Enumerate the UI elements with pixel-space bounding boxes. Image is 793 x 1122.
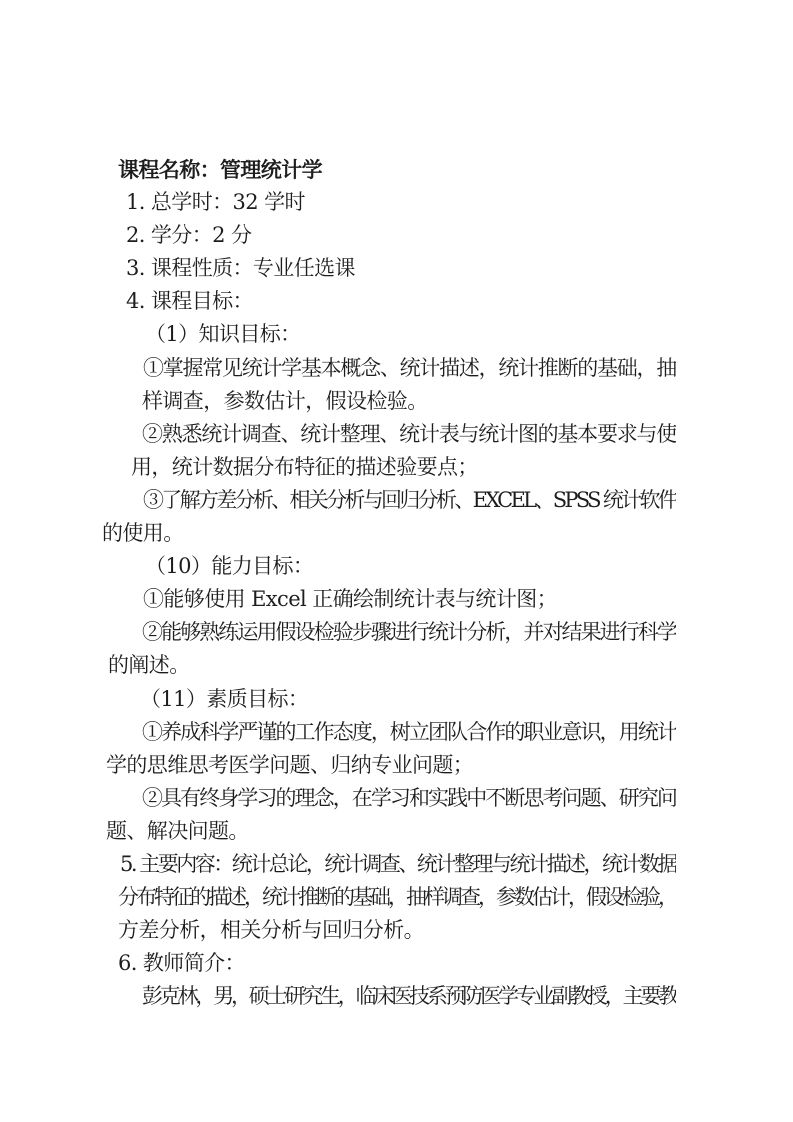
text-line-content: （11）素质目标： bbox=[140, 687, 308, 711]
text-line-content: 学的思维思考医学问题、归纳专业问题； bbox=[106, 753, 473, 777]
text-line: ②熟悉统计调查、统计整理、统计表与统计图的基本要求与使 bbox=[142, 418, 676, 451]
text-line-content: ①养成科学严谨的工作态度，树立团队合作的职业意识，用统计 bbox=[142, 720, 676, 744]
text-line: 1. 总学时：32 学时 bbox=[126, 186, 793, 219]
text-line: 5. 主要内容：统计总论，统计调查、统计整理与统计描述，统计数据 bbox=[120, 848, 676, 881]
text-line: 4. 课程目标： bbox=[126, 285, 793, 318]
text-line-content: ①掌握常见统计学基本概念、统计描述，统计推断的基础，抽 bbox=[143, 356, 676, 380]
text-line: 用，统计数据分布特征的描述验要点； bbox=[131, 451, 793, 484]
text-line-content: 题、解决问题。 bbox=[106, 819, 249, 843]
text-line-content: 6. 教师简介： bbox=[118, 951, 245, 975]
text-line: ②具有终身学习的理念，在学习和实践中不断思考问题、研究问 bbox=[142, 782, 676, 815]
text-line-content: 课程名称：管理统计学 bbox=[118, 157, 322, 182]
text-line-content: 5. 主要内容：统计总论，统计调查、统计整理与统计描述，统计数据 bbox=[120, 852, 676, 876]
text-line: 6. 教师简介： bbox=[118, 947, 793, 980]
text-line-content: （1）知识目标： bbox=[145, 322, 301, 346]
text-line: 彭克林，男，硕士研究生，临床医技系预防医学专业副教授，主要教 bbox=[142, 980, 676, 1013]
text-line: 学的思维思考医学问题、归纳专业问题； bbox=[106, 749, 793, 782]
text-line-content: 用，统计数据分布特征的描述验要点； bbox=[131, 455, 478, 479]
text-line-content: 分布特征的描述，统计推断的基础，抽样调查，参数估计，假设检验， bbox=[118, 885, 676, 909]
text-line-content: 4. 课程目标： bbox=[126, 289, 253, 313]
text-line-content: （10）能力目标： bbox=[145, 554, 313, 578]
text-line-content: ②具有终身学习的理念，在学习和实践中不断思考问题、研究问 bbox=[142, 786, 676, 810]
text-line-content: 2. 学分：2 分 bbox=[126, 223, 251, 247]
text-line-content: 1. 总学时：32 学时 bbox=[126, 190, 305, 214]
text-line-content: ②熟悉统计调查、统计整理、统计表与统计图的基本要求与使 bbox=[142, 422, 676, 446]
text-line: 题、解决问题。 bbox=[106, 815, 793, 848]
text-line-content: 的使用。 bbox=[102, 521, 184, 545]
text-line-content: 的阐述。 bbox=[108, 653, 190, 677]
text-line-content: ①能够使用 Excel 正确绘制统计表与统计图； bbox=[143, 587, 557, 611]
text-line: （10）能力目标： bbox=[145, 550, 793, 583]
text-line-content: ②能够熟练运用假设检验步骤进行统计分析，并对结果进行科学 bbox=[142, 620, 676, 644]
text-line-content: 彭克林，男，硕士研究生，临床医技系预防医学专业副教授，主要教 bbox=[142, 984, 676, 1008]
text-line: ②能够熟练运用假设检验步骤进行统计分析，并对结果进行科学 bbox=[142, 616, 676, 649]
text-line: （11）素质目标： bbox=[140, 683, 793, 716]
text-line: 3. 课程性质：专业任选课 bbox=[126, 252, 793, 285]
document-title-line: 课程名称：管理统计学 bbox=[118, 153, 793, 186]
text-line-content: 方差分析，相关分析与回归分析。 bbox=[118, 918, 424, 942]
text-line: 的使用。 bbox=[102, 517, 793, 550]
text-line: ①掌握常见统计学基本概念、统计描述，统计推断的基础，抽 bbox=[143, 352, 676, 385]
text-line: ①养成科学严谨的工作态度，树立团队合作的职业意识，用统计 bbox=[142, 716, 676, 749]
text-line: 样调查，参数估计，假设检验。 bbox=[142, 385, 793, 418]
text-line: ③了解方差分析、相关分析与回归分析、EXCEL、SPSS 统计软件 bbox=[143, 484, 676, 517]
text-line: （1）知识目标： bbox=[145, 318, 793, 351]
text-line-content: 样调查，参数估计，假设检验。 bbox=[142, 389, 428, 413]
text-line: 的阐述。 bbox=[108, 649, 793, 682]
text-line-content: 3. 课程性质：专业任选课 bbox=[126, 256, 355, 280]
text-line-content: ③了解方差分析、相关分析与回归分析、EXCEL、SPSS 统计软件 bbox=[143, 488, 676, 512]
text-line: 2. 学分：2 分 bbox=[126, 219, 793, 252]
text-block: 课程名称：管理统计学1. 总学时：32 学时2. 学分：2 分3. 课程性质：专… bbox=[0, 153, 793, 1013]
document-page: 课程名称：管理统计学1. 总学时：32 学时2. 学分：2 分3. 课程性质：专… bbox=[0, 0, 793, 1122]
text-line: 方差分析，相关分析与回归分析。 bbox=[118, 914, 793, 947]
text-line: ①能够使用 Excel 正确绘制统计表与统计图； bbox=[143, 583, 793, 616]
text-line: 分布特征的描述，统计推断的基础，抽样调查，参数估计，假设检验， bbox=[118, 881, 676, 914]
